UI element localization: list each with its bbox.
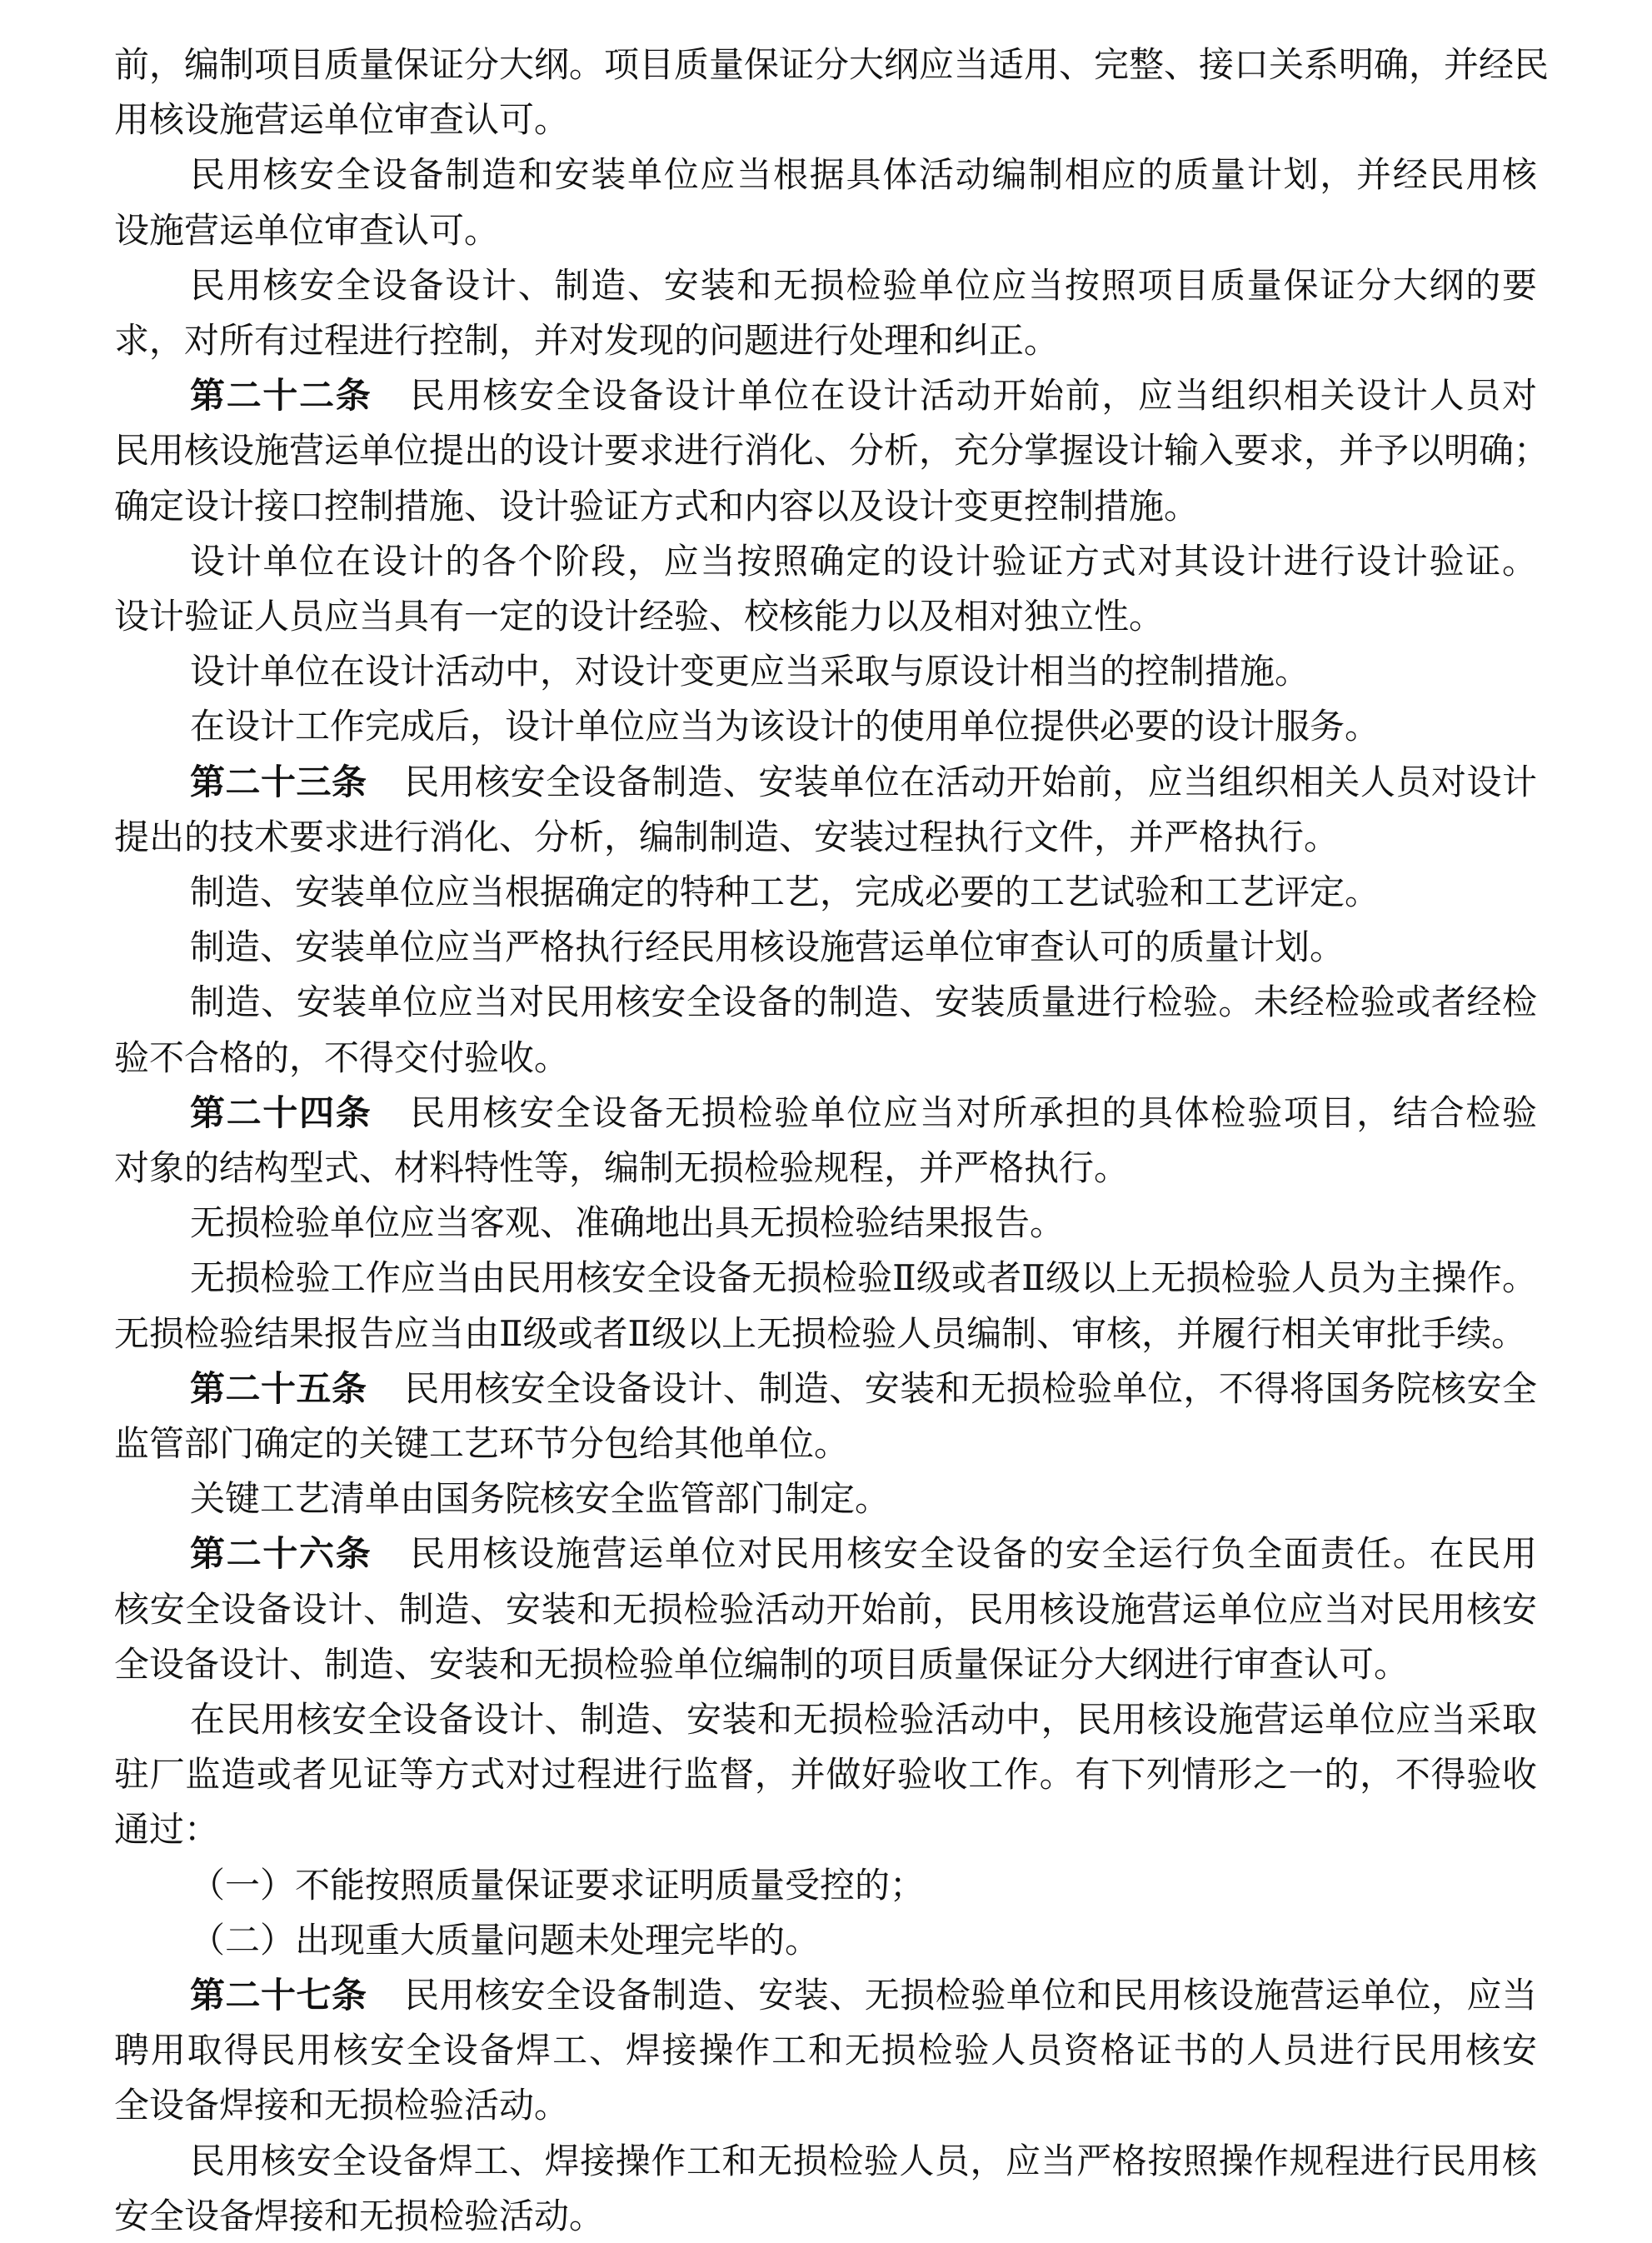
text-line: 确定设计接口控制措施、设计验证方式和内容以及设计变更控制措施。 [114, 483, 1537, 530]
line-text: 制造、安装单位应当严格执行经民用核设施营运单位审查认可的质量计划。 [190, 927, 1345, 967]
line-text: 对象的结构型式、材料特性等，编制无损检验规程，并严格执行。 [114, 1147, 1129, 1188]
line-text: 全设备焊接和无损检验活动。 [114, 2085, 569, 2126]
text-line: 提出的技术要求进行消化、分析，编制制造、安装过程执行文件，并严格执行。 [114, 814, 1537, 861]
article-line: 第二十二条民用核安全设备设计单位在设计活动开始前，应当组织相关设计人员对 [190, 372, 1537, 419]
line-text: 设计单位在设计的各个阶段，应当按照确定的设计验证方式对其设计进行设计验证。 [190, 541, 1537, 582]
line-text: 全设备设计、制造、安装和无损检验单位编制的项目质量保证分大纲进行审查认可。 [114, 1644, 1409, 1685]
text-line: 制造、安装单位应当对民用核安全设备的制造、安装质量进行检验。未经检验或者经检 [190, 979, 1537, 1026]
line-text: 民用核安全设备焊工、焊接操作工和无损检验人员，应当严格按照操作规程进行民用核 [190, 2141, 1537, 2181]
article-heading: 第二十七条 [190, 1975, 367, 2016]
article-line: 第二十三条民用核安全设备制造、安装单位在活动开始前，应当组织相关人员对设计 [190, 759, 1537, 806]
line-text: 民用核安全设备制造和安装单位应当根据具体活动编制相应的质量计划，并经民用核 [190, 154, 1537, 195]
line-text: 民用核安全设备制造、安装单位在活动开始前，应当组织相关人员对设计 [404, 762, 1537, 802]
text-line: （二）出现重大质量问题未处理完毕的。 [190, 1917, 1537, 1964]
text-line: 用核设施营运单位审查认可。 [114, 97, 1537, 143]
line-text: 在设计工作完成后，设计单位应当为该设计的使用单位提供必要的设计服务。 [190, 706, 1380, 747]
line-text: 提出的技术要求进行消化、分析，编制制造、安装过程执行文件，并严格执行。 [114, 817, 1339, 857]
article-line: 第二十六条民用核设施营运单位对民用核安全设备的安全运行负全面责任。在民用 [190, 1531, 1537, 1577]
line-text: 通过： [114, 1809, 219, 1850]
article-heading: 第二十五条 [190, 1368, 367, 1409]
text-line: 求，对所有过程进行控制，并对发现的问题进行处理和纠正。 [114, 317, 1537, 364]
text-line: 制造、安装单位应当根据确定的特种工艺，完成必要的工艺试验和工艺评定。 [190, 869, 1537, 916]
text-line: 对象的结构型式、材料特性等，编制无损检验规程，并严格执行。 [114, 1145, 1537, 1191]
article-line: 第二十七条民用核安全设备制造、安装、无损检验单位和民用核设施营运单位，应当 [190, 1972, 1537, 2019]
line-text: 民用核安全设备设计、制造、安装和无损检验单位，不得将国务院核安全 [404, 1368, 1537, 1409]
text-line: （一）不能按照质量保证要求证明质量受控的； [190, 1862, 1537, 1909]
line-text: 确定设计接口控制措施、设计验证方式和内容以及设计变更控制措施。 [114, 486, 1199, 527]
line-text: 验不合格的，不得交付验收。 [114, 1037, 569, 1078]
line-text: 安全设备焊接和无损检验活动。 [114, 2196, 604, 2236]
text-line: 民用核安全设备制造和安装单位应当根据具体活动编制相应的质量计划，并经民用核 [190, 152, 1537, 198]
document-page: 前，编制项目质量保证分大纲。项目质量保证分大纲应当适用、完整、接口关系明确，并经… [0, 0, 1652, 2243]
text-line: 无损检验工作应当由民用核安全设备无损检验Ⅱ级或者Ⅱ级以上无损检验人员为主操作。 [190, 1255, 1537, 1301]
line-text: 在民用核安全设备设计、制造、安装和无损检验活动中，民用核设施营运单位应当采取 [190, 1699, 1537, 1740]
text-line: 制造、安装单位应当严格执行经民用核设施营运单位审查认可的质量计划。 [190, 924, 1537, 971]
text-line: 民用核安全设备焊工、焊接操作工和无损检验人员，应当严格按照操作规程进行民用核 [190, 2138, 1537, 2185]
text-line: 设施营运单位审查认可。 [114, 207, 1537, 254]
text-line: 监管部门确定的关键工艺环节分包给其他单位。 [114, 1421, 1537, 1467]
text-line: 核安全设备设计、制造、安装和无损检验活动开始前，民用核设施营运单位应当对民用核安 [114, 1586, 1537, 1633]
article-heading: 第二十六条 [190, 1533, 372, 1574]
line-text: 制造、安装单位应当根据确定的特种工艺，完成必要的工艺试验和工艺评定。 [190, 872, 1380, 912]
text-line: 无损检验结果报告应当由Ⅱ级或者Ⅱ级以上无损检验人员编制、审核，并履行相关审批手续… [114, 1311, 1537, 1357]
text-line: 民用核设施营运单位提出的设计要求进行消化、分析，充分掌握设计输入要求，并予以明确… [114, 427, 1537, 474]
text-line: 全设备设计、制造、安装和无损检验单位编制的项目质量保证分大纲进行审查认可。 [114, 1641, 1537, 1688]
article-line: 第二十五条民用核安全设备设计、制造、安装和无损检验单位，不得将国务院核安全 [190, 1366, 1537, 1412]
article-heading: 第二十三条 [190, 762, 367, 802]
text-line: 民用核安全设备设计、制造、安装和无损检验单位应当按照项目质量保证分大纲的要 [190, 262, 1537, 309]
text-line: 在设计工作完成后，设计单位应当为该设计的使用单位提供必要的设计服务。 [190, 703, 1537, 750]
line-text: 民用核设施营运单位对民用核安全设备的安全运行负全面责任。在民用 [408, 1533, 1537, 1574]
text-line: 全设备焊接和无损检验活动。 [114, 2082, 1537, 2129]
line-text: （一）不能按照质量保证要求证明质量受控的； [190, 1865, 925, 1906]
line-text: 设计验证人员应当具有一定的设计经验、校核能力以及相对独立性。 [114, 596, 1164, 637]
line-text: 民用核安全设备无损检验单位应当对所承担的具体检验项目，结合检验 [408, 1092, 1537, 1133]
line-text: 无损检验结果报告应当由Ⅱ级或者Ⅱ级以上无损检验人员编制、审核，并履行相关审批手续… [114, 1313, 1526, 1354]
text-line: 设计单位在设计的各个阶段，应当按照确定的设计验证方式对其设计进行设计验证。 [190, 538, 1537, 585]
article-heading: 第二十二条 [190, 375, 372, 416]
line-text: 监管部门确定的关键工艺环节分包给其他单位。 [114, 1423, 849, 1464]
line-text: 驻厂监造或者见证等方式对过程进行监督，并做好验收工作。有下列情形之一的，不得验收 [114, 1754, 1537, 1795]
text-line: 验不合格的，不得交付验收。 [114, 1035, 1537, 1082]
text-line: 设计验证人员应当具有一定的设计经验、校核能力以及相对独立性。 [114, 593, 1537, 640]
line-text: 求，对所有过程进行控制，并对发现的问题进行处理和纠正。 [114, 320, 1059, 361]
text-line: 无损检验单位应当客观、准确地出具无损检验结果报告。 [190, 1200, 1537, 1246]
line-text: 民用核安全设备设计单位在设计活动开始前，应当组织相关设计人员对 [408, 375, 1537, 416]
line-text: 设施营运单位审查认可。 [114, 210, 499, 251]
line-text: 聘用取得民用核安全设备焊工、焊接操作工和无损检验人员资格证书的人员进行民用核安 [114, 2030, 1537, 2071]
line-text: 民用核安全设备设计、制造、安装和无损检验单位应当按照项目质量保证分大纲的要 [190, 265, 1537, 306]
text-line: 聘用取得民用核安全设备焊工、焊接操作工和无损检验人员资格证书的人员进行民用核安 [114, 2027, 1537, 2074]
text-line: 设计单位在设计活动中，对设计变更应当采取与原设计相当的控制措施。 [190, 648, 1537, 695]
line-text: 前，编制项目质量保证分大纲。项目质量保证分大纲应当适用、完整、接口关系明确，并经… [114, 44, 1549, 85]
line-text: 关键工艺清单由国务院核安全监管部门制定。 [190, 1478, 890, 1519]
line-text: 民用核设施营运单位提出的设计要求进行消化、分析，充分掌握设计输入要求，并予以明确… [114, 430, 1549, 471]
text-line: 驻厂监造或者见证等方式对过程进行监督，并做好验收工作。有下列情形之一的，不得验收 [114, 1751, 1537, 1798]
text-line: 关键工艺清单由国务院核安全监管部门制定。 [190, 1476, 1537, 1522]
line-text: 民用核安全设备制造、安装、无损检验单位和民用核设施营运单位，应当 [404, 1975, 1537, 2016]
text-line: 前，编制项目质量保证分大纲。项目质量保证分大纲应当适用、完整、接口关系明确，并经… [114, 42, 1537, 88]
text-line: 在民用核安全设备设计、制造、安装和无损检验活动中，民用核设施营运单位应当采取 [190, 1696, 1537, 1743]
line-text: 设计单位在设计活动中，对设计变更应当采取与原设计相当的控制措施。 [190, 651, 1310, 692]
line-text: （二）出现重大质量问题未处理完毕的。 [190, 1920, 820, 1961]
line-text: 核安全设备设计、制造、安装和无损检验活动开始前，民用核设施营运单位应当对民用核安 [114, 1589, 1537, 1630]
text-line: 通过： [114, 1806, 1537, 1853]
line-text: 用核设施营运单位审查认可。 [114, 99, 569, 140]
line-text: 无损检验单位应当客观、准确地出具无损检验结果报告。 [190, 1202, 1065, 1243]
line-text: 制造、安装单位应当对民用核安全设备的制造、安装质量进行检验。未经检验或者经检 [190, 982, 1537, 1022]
article-line: 第二十四条民用核安全设备无损检验单位应当对所承担的具体检验项目，结合检验 [190, 1090, 1537, 1136]
text-line: 安全设备焊接和无损检验活动。 [114, 2193, 1537, 2240]
article-heading: 第二十四条 [190, 1092, 372, 1133]
line-text: 无损检验工作应当由民用核安全设备无损检验Ⅱ级或者Ⅱ级以上无损检验人员为主操作。 [190, 1257, 1537, 1298]
